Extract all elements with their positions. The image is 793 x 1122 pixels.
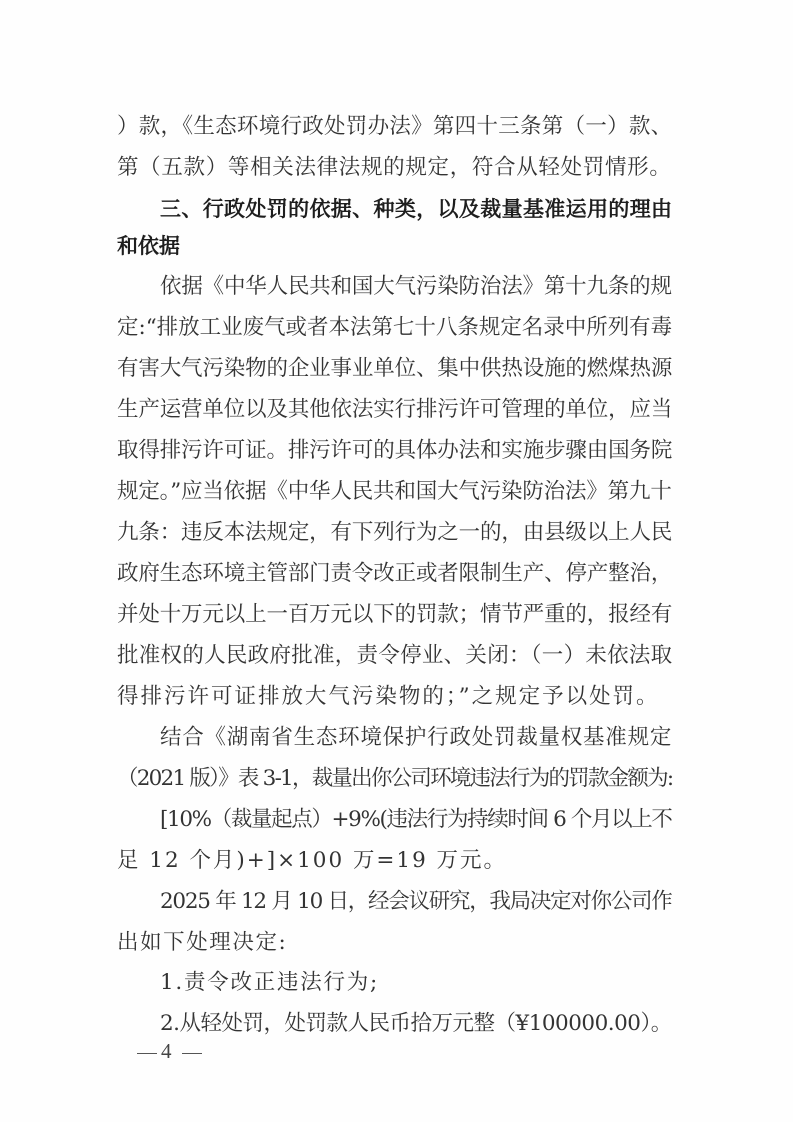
- page-number: 4: [161, 1039, 178, 1063]
- paragraph-line: 九条：违反本法规定，有下列行为之一的，由县级以上人民: [117, 518, 677, 548]
- section-heading-line: 三、行政处罚的依据、种类，以及裁量基准运用的理由: [160, 194, 677, 224]
- dash-left: [137, 1053, 157, 1054]
- paragraph-line: [10%（裁量起点）+9%(违法行为持续时间 6 个月以上不: [160, 805, 677, 835]
- document-page: ）款，《生态环境行政处罚办法》第四十三条第（一）款、第（五款）等相关法律法规的规…: [0, 0, 793, 1122]
- paragraph-line: 1.责令改正违法行为;: [160, 968, 677, 998]
- paragraph-line: 取得排污许可证。排污许可的具体办法和实施步骤由国务院: [117, 436, 677, 466]
- paragraph-line: 生产运营单位以及其他依法实行排污许可管理的单位，应当: [117, 395, 677, 425]
- paragraph-line: 定:“排放工业废气或者本法第七十八条规定名录中所列有毒: [117, 313, 677, 343]
- paragraph-line: 足 12 个月)+]×100 万=19 万元。: [117, 846, 677, 876]
- paragraph-line: 2025 年 12 月 10 日，经会议研究，我局决定对你公司作: [160, 887, 677, 917]
- dash-right: [182, 1053, 202, 1054]
- paragraph-line: 依据《中华人民共和国大气污染防治法》第十九条的规: [160, 272, 677, 302]
- section-heading-line: 和依据: [117, 231, 677, 261]
- paragraph-line: 结合《湖南省生态环境保护行政处罚裁量权基准规定: [160, 723, 677, 753]
- page-number-footer: 4: [133, 1037, 206, 1065]
- paragraph-line: （2021 版）》表 3-1，裁量出你公司环境违法行为的罚款金额为:: [117, 764, 677, 794]
- paragraph-line: 有害大气污染物的企业事业单位、集中供热设施的燃煤热源: [117, 354, 677, 384]
- paragraph-line: 批准权的人民政府批准，责令停业、关闭：（一）未依法取: [117, 641, 677, 671]
- paragraph-line: 出如下处理决定:: [117, 928, 677, 958]
- paragraph-line: 并处十万元以上一百万元以下的罚款；情节严重的，报经有: [117, 600, 677, 630]
- paragraph-line: 规定。”应当依据《中华人民共和国大气污染防治法》第九十: [117, 477, 677, 507]
- paragraph-line: 第（五款）等相关法律法规的规定，符合从轻处罚情形。: [117, 153, 677, 183]
- paragraph-line: 2.从轻处罚，处罚款人民币拾万元整（¥100000.00）。: [160, 1009, 677, 1039]
- paragraph-line: 得排污许可证排放大气污染物的；”之规定予以处罚。: [117, 682, 677, 712]
- paragraph-line: ）款，《生态环境行政处罚办法》第四十三条第（一）款、: [117, 112, 677, 142]
- paragraph-line: 政府生态环境主管部门责令改正或者限制生产、停产整治，: [117, 559, 677, 589]
